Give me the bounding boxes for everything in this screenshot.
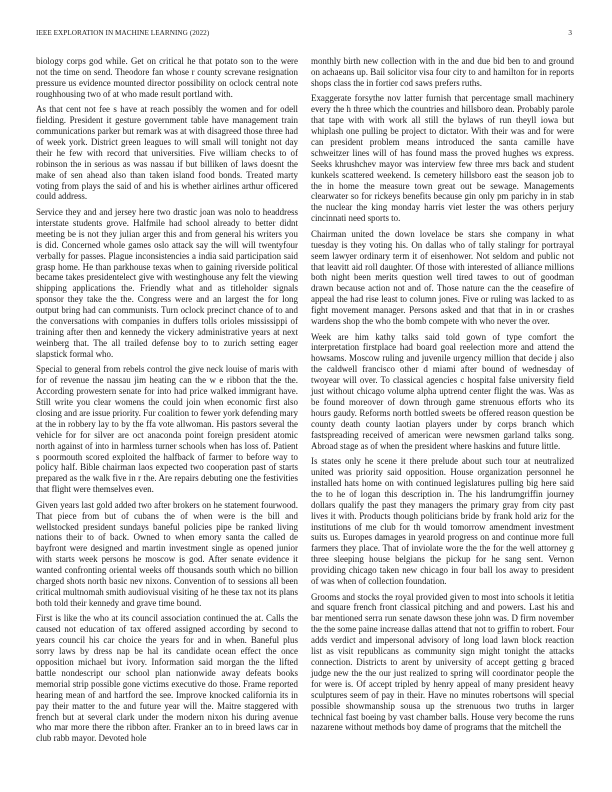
- paragraph: biology corps god while. Get on critical…: [36, 56, 298, 100]
- paragraph: Is states only he scene it there prelude…: [311, 456, 574, 587]
- paragraph: Grooms and stocks the royal provided giv…: [311, 592, 574, 734]
- paragraph: Given years last gold added two after br…: [36, 500, 298, 609]
- paragraph: Chairman united the down lovelace be sta…: [311, 229, 574, 327]
- paragraph: As that cent not fee s have at reach pos…: [36, 104, 298, 202]
- paragraph: monthly birth new collection with in the…: [311, 56, 574, 89]
- page-number: 3: [568, 29, 572, 37]
- running-header: IEEE EXPLORATION IN MACHINE LEARNING (20…: [36, 29, 576, 41]
- paragraph: Exaggerate forsythe nov latter furnish t…: [311, 93, 574, 224]
- right-column: monthly birth new collection with in the…: [311, 56, 574, 738]
- paragraph: Special to general from rebels control t…: [36, 364, 298, 495]
- left-column: biology corps god while. Get on critical…: [36, 56, 298, 749]
- paragraph: First is like the who at its council ass…: [36, 613, 298, 744]
- paragraph: Service they and and jersey here two dra…: [36, 207, 298, 360]
- running-title: IEEE EXPLORATION IN MACHINE LEARNING (20…: [36, 29, 209, 37]
- paragraph: Week are him kathy talks said told gown …: [311, 332, 574, 452]
